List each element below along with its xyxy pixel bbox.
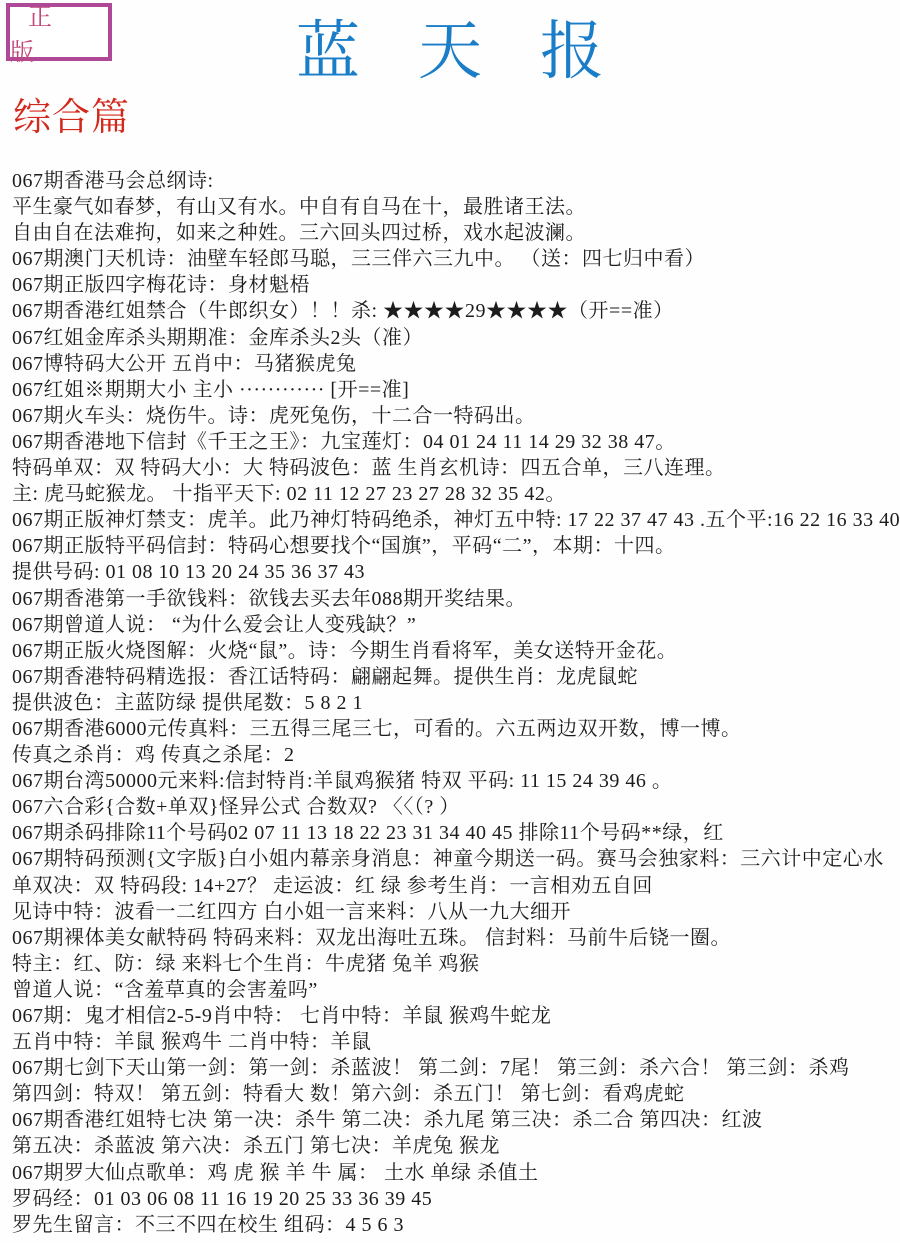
text-line: 067期火车头：烧伤牛。诗：虎死兔伤，十二合一特码出。: [12, 403, 900, 429]
text-line: 自由自在法难拘，如来之种姓。三六回头四过桥，戏水起波澜。: [12, 220, 900, 246]
newspaper-page: 正 版 蓝天报 综合篇 067期香港马会总纲诗:平生豪气如春梦，有山又有水。中自…: [0, 0, 900, 1243]
text-line: 067红姐※期期大小 主小 ············ [开==准]: [12, 377, 900, 403]
text-line: 曾道人说：“含羞草真的会害羞吗”: [12, 977, 900, 1003]
text-line: 特主：红、防：绿 来料七个生肖：牛虎猪 兔羊 鸡猴: [12, 951, 900, 977]
text-line: 罗码经：01 03 06 08 11 16 19 20 25 33 36 39 …: [12, 1186, 900, 1212]
text-line: 067期台湾50000元来料:信封特肖:羊鼠鸡猴猪 特双 平码: 11 15 2…: [12, 768, 900, 794]
text-line: 067期杀码排除11个号码02 07 11 13 18 22 23 31 34 …: [12, 820, 900, 846]
text-line: 罗先生留言：不三不四在校生 组码：4 5 6 3: [12, 1212, 900, 1238]
text-line: 第五决：杀蓝波 第六决：杀五门 第七决：羊虎兔 猴龙: [12, 1133, 900, 1159]
text-line: 五肖中特：羊鼠 猴鸡牛 二肖中特：羊鼠: [12, 1029, 900, 1055]
text-line: 067期正版特平码信封：特码心想要找个“国旗”，平码“二”，本期：十四。: [12, 533, 900, 559]
text-line: 067期香港第一手欲钱料：欲钱去买去年088期开奖结果。: [12, 586, 900, 612]
text-line: 主: 虎马蛇猴龙。 十指平天下: 02 11 12 27 23 27 28 32…: [12, 481, 900, 507]
text-line: 067期曾道人说： “为什么爱会让人变残缺？”: [12, 612, 900, 638]
paper-title: 蓝天报: [0, 14, 900, 90]
section-heading: 综合篇: [13, 96, 130, 140]
text-line: 067期罗大仙点歌单：鸡 虎 猴 羊 牛 属： 土水 单绿 杀值土: [12, 1160, 900, 1186]
text-line: 特码单双：双 特码大小：大 特码波色：蓝 生肖玄机诗：四五合单，三八连理。: [12, 455, 900, 481]
text-line: 单双决：双 特码段: 14+27？ 走运波：红 绿 参考生肖：一言相劝五自回: [12, 873, 900, 899]
text-line: 第四剑：特双！ 第五剑：特看大 数！第六剑：杀五门！ 第七剑：看鸡虎蛇: [12, 1081, 900, 1107]
text-line: 067期正版四字梅花诗：身材魁梧: [12, 272, 900, 298]
text-line: 见诗中特：波看一二红四方 白小姐一言来料：八从一九大细开: [12, 899, 900, 925]
text-line: 067期：鬼才相信2-5-9肖中特： 七肖中特：羊鼠 猴鸡牛蛇龙: [12, 1003, 900, 1029]
text-line: 传真之杀肖：鸡 传真之杀尾：2: [12, 742, 900, 768]
text-line: 067期七剑下天山第一剑：第一剑：杀蓝波！ 第二剑：7尾！ 第三剑：杀六合！ 第…: [12, 1055, 900, 1081]
text-line: 067期正版神灯禁支：虎羊。此乃神灯特码绝杀，神灯五中特: 17 22 37 4…: [12, 507, 900, 533]
text-line: 067期澳门天机诗：油壁车轻郎马聪，三三伴六三九中。 （送：四七归中看）: [12, 246, 900, 272]
text-line: 067期香港特码精选报：香江话特码：翩翩起舞。提供生肖：龙虎鼠蛇: [12, 664, 900, 690]
text-line: 067期香港地下信封《千王之王》：九宝莲灯：04 01 24 11 14 29 …: [12, 429, 900, 455]
text-line: 067期裸体美女献特码 特码来料：双龙出海吐五珠。 信封料：马前牛后铙一圈。: [12, 925, 900, 951]
text-line: 067期香港红姐禁合（牛郎织女）！！杀: ★★★★29★★★★（开==准）: [12, 298, 900, 324]
text-line: 提供号码: 01 08 10 13 20 24 35 36 37 43: [12, 559, 900, 585]
text-line: 067六合彩{合数+单双}怪异公式 合数双? 〈〈（? ）: [12, 794, 900, 820]
text-line: 067红姐金库杀头期期准：金库杀头2头（准）: [12, 325, 900, 351]
text-line: 067博特码大公开 五肖中：马猪猴虎兔: [12, 351, 900, 377]
text-line: 067期香港马会总纲诗:: [12, 168, 900, 194]
text-line: 067期香港红姐特七决 第一决：杀牛 第二决：杀九尾 第三决：杀二合 第四决：红…: [12, 1107, 900, 1133]
body-text: 067期香港马会总纲诗:平生豪气如春梦，有山又有水。中自有自马在十，最胜诸王法。…: [12, 168, 900, 1238]
text-line: 067期香港6000元传真料：三五得三尾三七，可看的。六五两边双开数，博一博。: [12, 716, 900, 742]
text-line: 067期正版火烧图解：火烧“鼠”。诗：今期生肖看将军，美女送特开金花。: [12, 638, 900, 664]
text-line: 提供波色：主蓝防绿 提供尾数：5 8 2 1: [12, 690, 900, 716]
text-line: 067期特码预测{文字版}白小姐内幕亲身消息：神童今期送一码。赛马会独家料：三六…: [12, 846, 900, 872]
text-line: 平生豪气如春梦，有山又有水。中自有自马在十，最胜诸王法。: [12, 194, 900, 220]
